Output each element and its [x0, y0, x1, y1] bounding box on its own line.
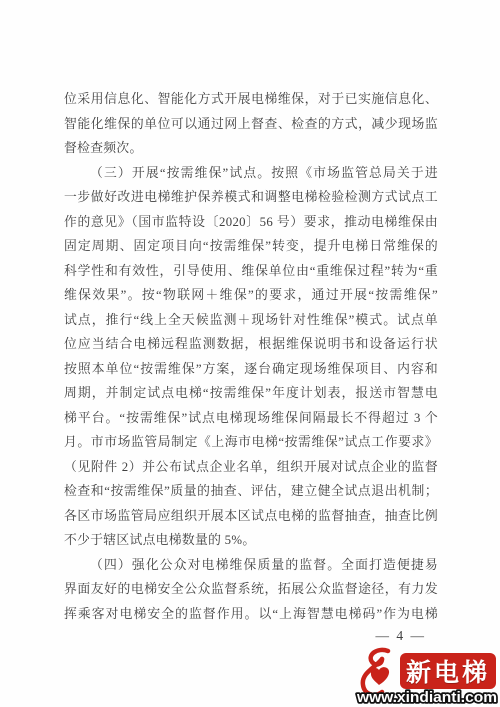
text-line: 周期，并制定试点电梯“按需维保”年度计划表，报送市智慧电 [64, 381, 438, 406]
text-line: 位应当结合电梯远程监测数据，根据维保说明书和设备运行状况， [64, 332, 438, 357]
text-line: 检查和“按需维保”质量的抽查、评估，建立健全试点退出机制； [64, 479, 438, 504]
text-line: 挥乘客对电梯安全的监督作用。以“上海智慧电梯码”作为电梯 [64, 602, 438, 627]
text-line: （四）强化公众对电梯维保质量的监督。全面打造便捷易用、 [64, 553, 438, 578]
document-body: 位采用信息化、智能化方式开展电梯维保，对于已实施信息化、智能化维保的单位可以通过… [64, 87, 438, 626]
text-line: 维保效果”。按“物联网＋维保”的要求，通过开展“按需维保” [64, 283, 438, 308]
text-line: 督检查频次。 [64, 136, 438, 161]
text-line: 一步做好改进电梯维护保养模式和调整电梯检验检测方式试点工 [64, 185, 438, 210]
text-line: 按照本单位“按需维保”方案，逐台确定现场维保项目、内容和 [64, 357, 438, 382]
text-line: （三）开展“按需维保”试点。按照《市场监管总局关于进 [64, 161, 438, 186]
text-line: 试点，推行“线上全天候监测＋现场针对性维保”模式。试点单 [64, 308, 438, 333]
text-line: 各区市场监管局应组织开展本区试点电梯的监督抽查，抽查比例 [64, 504, 438, 529]
website-url-text: www.xindianti.com [356, 689, 497, 706]
xindianti-watermark: 新电梯 www.xindianti.com [355, 647, 499, 706]
text-line: 智能化维保的单位可以通过网上督查、检查的方式，减少现场监 [64, 112, 438, 137]
text-line: 固定周期、固定项目向“按需维保”转变，提升电梯日常维保的 [64, 234, 438, 259]
text-line: 科学性和有效性，引导使用、维保单位由“重维保过程”转为“重 [64, 259, 438, 284]
text-line: （见附件 2）并公布试点企业名单，组织开展对试点企业的监督 [64, 455, 438, 480]
brand-name-text: 新电梯 [406, 653, 490, 689]
text-line: 不少于辖区试点电梯数量的 5%。 [64, 528, 438, 553]
brand-badge: 新电梯 [400, 653, 496, 689]
website-url-banner: www.xindianti.com [355, 687, 499, 707]
text-line: 月。市市场监管局制定《上海市电梯“按需维保”试点工作要求》 [64, 430, 438, 455]
text-line: 作的意见》（国市监特设〔2020〕56 号）要求，推动电梯维保由 [64, 210, 438, 235]
text-line: 位采用信息化、智能化方式开展电梯维保，对于已实施信息化、 [64, 87, 438, 112]
text-line: 界面友好的电梯安全公众监督系统，拓展公众监督途径，有力发 [64, 577, 438, 602]
text-line: 梯平台。“按需维保”试点电梯现场维保间隔最长不得超过 3 个 [64, 406, 438, 431]
page-number: — 4 — [376, 628, 427, 644]
